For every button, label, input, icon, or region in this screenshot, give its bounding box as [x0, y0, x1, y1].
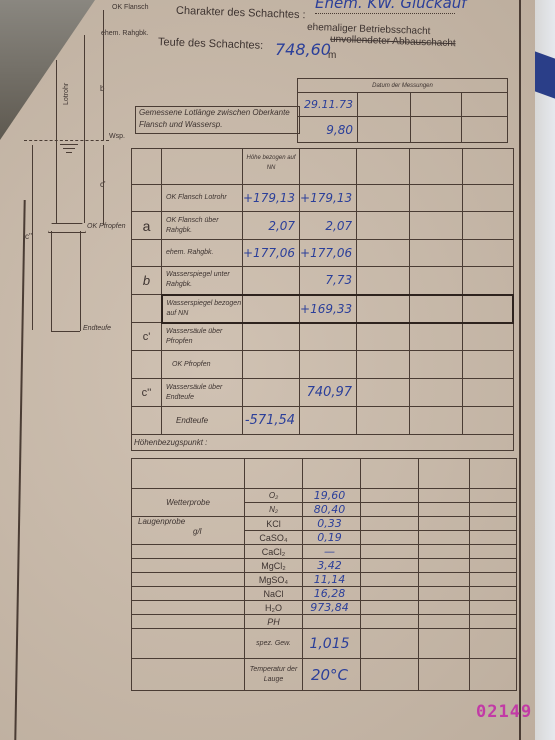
empty-cell — [361, 559, 419, 573]
water-level-line — [24, 140, 109, 141]
teufe-value: 748,60 — [275, 40, 331, 59]
row-letter: a — [132, 212, 162, 240]
component-value: 16,28 — [303, 587, 361, 601]
document-number-stamp: 02149 — [476, 702, 532, 722]
empty-cell — [470, 545, 517, 559]
background-blue-object — [535, 51, 555, 98]
table-row: ehem. Rahgbk. +177,06 +177,06 — [132, 240, 514, 267]
table-row: c'' Wassersäule über Endteufe 740,97 — [132, 379, 514, 407]
empty-cell — [470, 489, 517, 503]
laugenprobe-label-cell: Laugenprobe g/l — [132, 517, 245, 545]
row-nn: +177,06 — [243, 240, 300, 267]
pipe-right-wall — [84, 35, 85, 223]
table-row: b Wasserspiegel unter Rahgbk. 7,73 — [132, 267, 514, 295]
diagram-label-lotrohr: Lotrohr — [63, 83, 70, 105]
row-m1: 740,97 — [300, 379, 357, 407]
temperatur-label: Temperatur der Lauge — [245, 659, 303, 691]
probe-header-6 — [470, 459, 517, 489]
diagram-label-wsp: Wsp. — [109, 133, 125, 140]
header-letter-cell — [132, 149, 162, 185]
empty-cell — [361, 573, 419, 587]
row-m3 — [410, 240, 463, 267]
lotlaenge-value-4 — [462, 117, 508, 143]
empty-cell — [470, 503, 517, 517]
row-label: Wassersäule über Pfropfen — [162, 323, 243, 351]
diagram-label-ok-flansch: OK Flansch — [112, 4, 149, 11]
row-nn — [243, 351, 300, 379]
header-m4 — [463, 149, 513, 185]
dimension-line-c1 — [103, 145, 104, 225]
empty-cell — [132, 629, 245, 659]
component: CaSO₄ — [245, 531, 303, 545]
shaft-right-wall — [80, 231, 81, 331]
row-m2 — [357, 295, 410, 323]
component-value: 0,33 — [303, 517, 361, 531]
row-letter — [132, 240, 162, 267]
empty-cell — [419, 587, 470, 601]
row-letter — [132, 351, 162, 379]
component-value — [303, 615, 361, 629]
row-letter — [132, 185, 162, 212]
empty-cell — [132, 615, 245, 629]
empty-cell — [470, 531, 517, 545]
hoehenbezugspunkt-label: Höhenbezugspunkt : — [132, 435, 514, 451]
row-m2 — [357, 323, 410, 351]
row-nn — [243, 323, 300, 351]
row-m3 — [410, 212, 463, 240]
dimension-line-b — [103, 10, 104, 140]
header-m2 — [357, 149, 410, 185]
component-value: 973,84 — [303, 601, 361, 615]
empty-cell — [470, 629, 517, 659]
header-nn: Höhe bezogen auf NN — [243, 149, 300, 185]
row-nn: +179,13 — [243, 185, 300, 212]
date-header: Datum der Messungen — [298, 79, 508, 93]
component: N₂ — [245, 503, 303, 517]
row-m1 — [300, 351, 357, 379]
probe-header-2 — [245, 459, 303, 489]
spez-gew-label: spez. Gew. — [245, 629, 303, 659]
component: MgCl₂ — [245, 559, 303, 573]
empty-cell — [361, 531, 419, 545]
teufe-unit: m — [328, 50, 336, 61]
plug-shape — [48, 223, 86, 233]
component-value: 80,40 — [303, 503, 361, 517]
table-row: OK Pfropfen — [132, 351, 514, 379]
row-m4 — [463, 185, 513, 212]
diagram-label-c2: c'' — [25, 232, 32, 241]
component: H₂O — [245, 601, 303, 615]
row-label: OK Flansch über Rahgbk. — [162, 212, 243, 240]
empty-cell — [419, 659, 470, 691]
date-cell-4 — [462, 93, 508, 117]
empty-cell — [470, 559, 517, 573]
shaft-bottom — [51, 331, 80, 332]
water-symbol-2 — [63, 148, 75, 149]
empty-cell — [419, 489, 470, 503]
empty-cell — [132, 573, 245, 587]
empty-cell — [470, 615, 517, 629]
component: NaCl — [245, 587, 303, 601]
wetterprobe-label: Wetterprobe — [132, 489, 245, 517]
dimension-line-c2 — [32, 145, 33, 330]
empty-cell — [361, 615, 419, 629]
laugenprobe-unit: g/l — [138, 527, 201, 536]
diagram-label-ok-pfropfen: OK Pfropfen — [87, 223, 126, 230]
date-cell-1: 29.11.73 — [298, 93, 358, 117]
frame-right-line — [519, 0, 521, 740]
empty-cell — [361, 601, 419, 615]
row-m4 — [463, 407, 513, 435]
empty-cell — [419, 559, 470, 573]
row-nn: -571,54 — [243, 407, 300, 435]
empty-cell — [419, 545, 470, 559]
row-m2 — [357, 185, 410, 212]
component: O₂ — [245, 489, 303, 503]
row-m3 — [410, 407, 463, 435]
lotlaenge-value-3 — [411, 117, 462, 143]
row-nn: 2,07 — [243, 212, 300, 240]
row-m4 — [463, 240, 513, 267]
height-table: Höhe bezogen auf NN OK Flansch Lotrohr +… — [131, 148, 514, 451]
handwritten-mine-name: Ehem. KW. Glückauf — [315, 0, 467, 12]
spez-gew-value: 1,015 — [303, 629, 361, 659]
row-letter: b — [132, 267, 162, 295]
row-m3 — [410, 379, 463, 407]
table-row: OK Flansch Lotrohr +179,13 +179,13 — [132, 185, 514, 212]
component: KCl — [245, 517, 303, 531]
header-label-cell — [162, 149, 243, 185]
row-m2 — [357, 407, 410, 435]
row-letter — [132, 407, 162, 435]
header-m3 — [410, 149, 463, 185]
diagram-label-ehem-rahgbk: ehem. Rahgbk. — [101, 30, 148, 37]
empty-cell — [361, 629, 419, 659]
empty-cell — [419, 629, 470, 659]
row-label: Wassersäule über Endteufe — [162, 379, 243, 407]
empty-cell — [470, 659, 517, 691]
date-cell-2 — [358, 93, 411, 117]
row-label: ehem. Rahgbk. — [162, 240, 243, 267]
row-m3 — [410, 267, 463, 295]
empty-cell — [361, 489, 419, 503]
empty-cell — [132, 601, 245, 615]
empty-cell — [132, 587, 245, 601]
component: MgSO₄ — [245, 573, 303, 587]
row-m2 — [357, 212, 410, 240]
empty-cell — [419, 531, 470, 545]
row-m4 — [463, 212, 513, 240]
row-m2 — [357, 351, 410, 379]
row-nn — [243, 379, 300, 407]
water-symbol-3 — [66, 152, 72, 153]
row-m3 — [410, 351, 463, 379]
component-value: 11,14 — [303, 573, 361, 587]
row-label: OK Flansch Lotrohr — [162, 185, 243, 212]
row-label: Wasserspiegel unter Rahgbk. — [162, 267, 243, 295]
empty-cell — [419, 573, 470, 587]
laugenprobe-label: Laugenprobe — [138, 517, 185, 526]
empty-cell — [419, 615, 470, 629]
lotlaenge-value-1: 9,80 — [298, 117, 358, 143]
empty-cell — [470, 587, 517, 601]
component: PH — [245, 615, 303, 629]
header-m1 — [300, 149, 357, 185]
row-m1: 2,07 — [300, 212, 357, 240]
row-m1: +177,06 — [300, 240, 357, 267]
row-m3 — [410, 323, 463, 351]
row-m4 — [463, 351, 513, 379]
lotlaenge-row-label: Gemessene Lotlänge zwischen Oberkante Fl… — [135, 106, 300, 134]
row-letter — [132, 295, 162, 323]
component-value: 19,60 — [303, 489, 361, 503]
empty-cell — [470, 573, 517, 587]
empty-cell — [132, 545, 245, 559]
empty-cell — [132, 559, 245, 573]
pipe-left-wall — [56, 60, 57, 223]
water-symbol-1 — [60, 144, 78, 145]
row-letter: c' — [132, 323, 162, 351]
row-label: Wasserspiegel bezogen auf NN — [162, 295, 243, 323]
measurement-date-table: Datum der Messungen 29.11.73 9,80 — [297, 78, 508, 143]
row-m4 — [463, 295, 513, 323]
row-letter: c'' — [132, 379, 162, 407]
row-m4 — [463, 379, 513, 407]
table-row: c' Wassersäule über Pfropfen — [132, 323, 514, 351]
row-m1 — [300, 407, 357, 435]
row-m3 — [410, 185, 463, 212]
empty-cell — [470, 517, 517, 531]
shaft-left-wall — [51, 231, 52, 331]
component: CaCl₂ — [245, 545, 303, 559]
component-value: 0,19 — [303, 531, 361, 545]
row-m4 — [463, 323, 513, 351]
table-row-highlighted: Wasserspiegel bezogen auf NN +169,33 — [132, 295, 514, 323]
sample-table: Wetterprobe O₂ 19,60 N₂ 80,40 Laugenprob… — [131, 458, 517, 691]
row-m1: +169,33 — [300, 295, 357, 323]
row-m3 — [410, 295, 463, 323]
component-value: — — [303, 545, 361, 559]
empty-cell — [419, 503, 470, 517]
empty-cell — [361, 545, 419, 559]
empty-cell — [361, 659, 419, 691]
empty-cell — [132, 659, 245, 691]
table-row: a OK Flansch über Rahgbk. 2,07 2,07 — [132, 212, 514, 240]
empty-cell — [361, 587, 419, 601]
row-m2 — [357, 379, 410, 407]
row-label: OK Pfropfen — [162, 351, 243, 379]
row-nn — [243, 267, 300, 295]
empty-cell — [419, 517, 470, 531]
empty-cell — [361, 503, 419, 517]
row-m4 — [463, 267, 513, 295]
probe-header-3 — [303, 459, 361, 489]
table-row: Endteufe -571,54 — [132, 407, 514, 435]
probe-header-5 — [419, 459, 470, 489]
date-cell-3 — [411, 93, 462, 117]
empty-cell — [419, 601, 470, 615]
row-label: Endteufe — [162, 407, 243, 435]
row-m2 — [357, 240, 410, 267]
row-m1: 7,73 — [300, 267, 357, 295]
name-underline — [315, 13, 455, 14]
component-value: 3,42 — [303, 559, 361, 573]
lotlaenge-value-2 — [358, 117, 411, 143]
row-nn — [243, 295, 300, 323]
empty-cell — [361, 517, 419, 531]
probe-header-1 — [132, 459, 245, 489]
probe-header-4 — [361, 459, 419, 489]
empty-cell — [470, 601, 517, 615]
row-m2 — [357, 267, 410, 295]
row-m1: +179,13 — [300, 185, 357, 212]
row-m1 — [300, 323, 357, 351]
temperatur-value: 20°C — [303, 659, 361, 691]
diagram-label-endteufe: Endteufe — [83, 325, 111, 332]
